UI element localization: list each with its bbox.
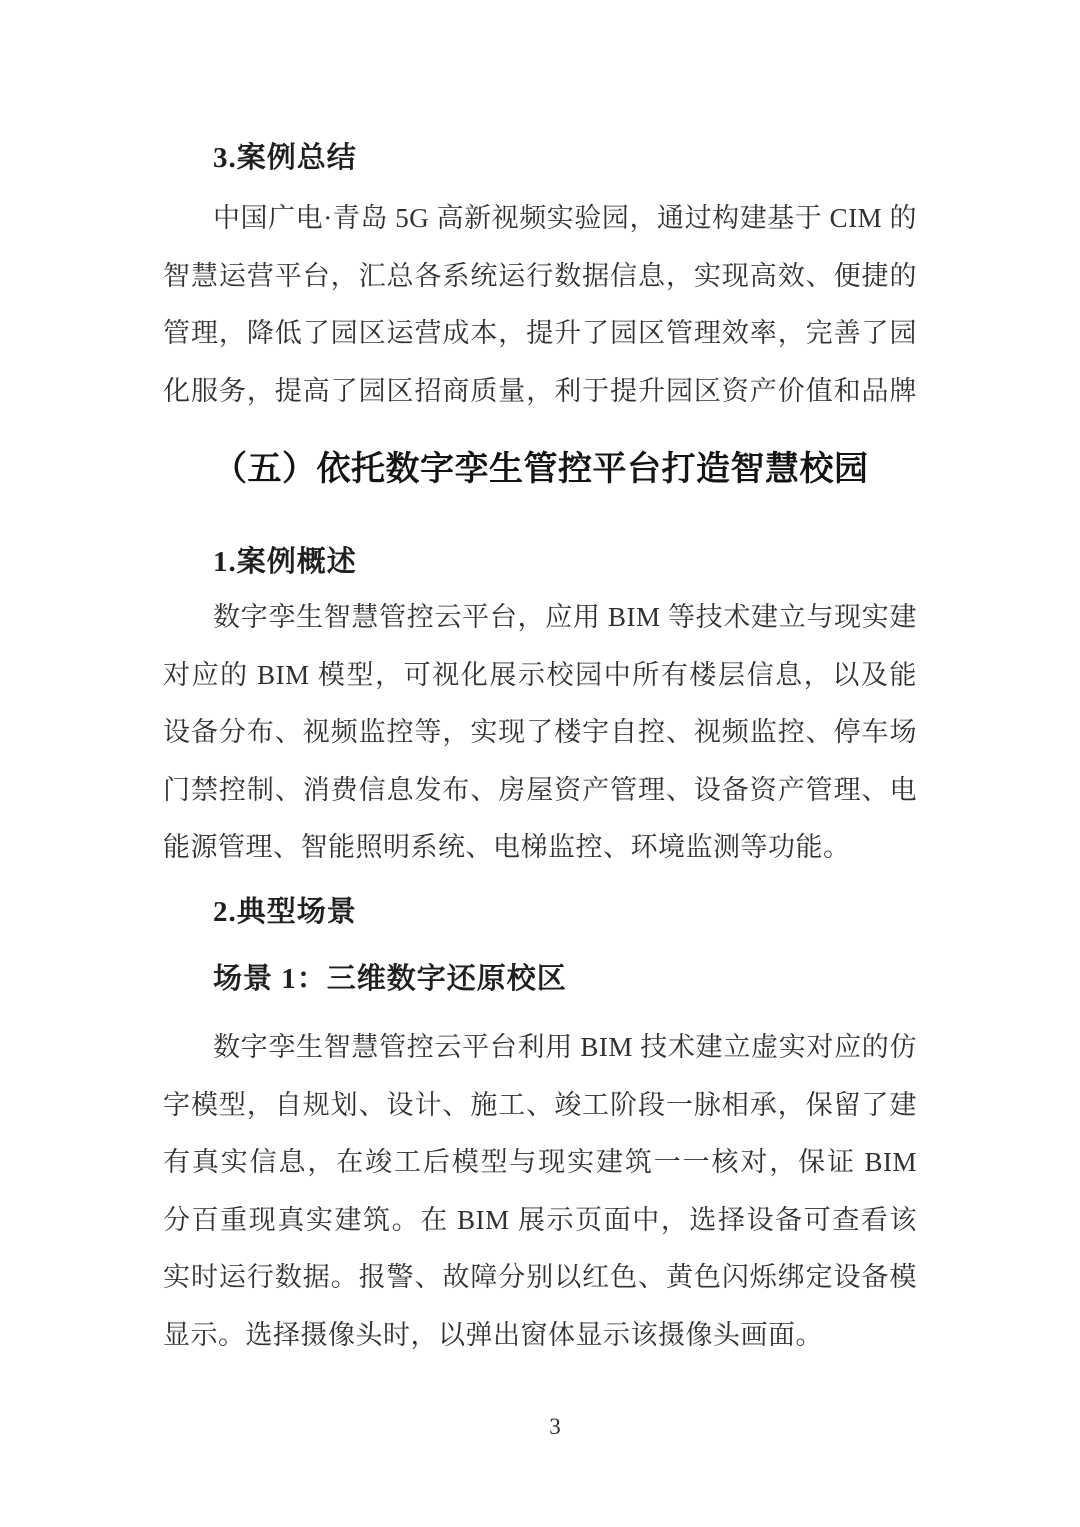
paragraph-line: 实时运行数据。报警、故障分别以红色、黄色闪烁绑定设备模型进行 bbox=[163, 1249, 917, 1307]
paragraph-line: 数字孪生智慧管控云平台，应用 BIM 等技术建立与现实建筑相 bbox=[163, 589, 917, 647]
paragraph-line: 字模型，自规划、设计、施工、竣工阶段一脉相承，保留了建筑的所 bbox=[163, 1077, 917, 1135]
subsection-heading-overview: 1.案例概述 bbox=[163, 542, 967, 582]
paragraph-line: 显示。选择摄像头时，以弹出窗体显示该摄像头画面。 bbox=[163, 1307, 917, 1365]
paragraph-line: 设备分布、视频监控等，实现了楼宇自控、视频监控、停车场管理、 bbox=[163, 704, 917, 762]
section-heading-5: （五）依托数字孪生管控平台打造智慧校园 bbox=[163, 446, 967, 492]
paragraph-overview: 数字孪生智慧管控云平台，应用 BIM 等技术建立与现实建筑相 对应的 BIM 模… bbox=[163, 589, 917, 877]
page-number: 3 bbox=[163, 1412, 947, 1442]
scene1-heading: 场景 1：三维数字还原校区 bbox=[163, 959, 967, 999]
paragraph-line: 能源管理、智能照明系统、电梯监控、环境监测等功能。 bbox=[163, 819, 917, 877]
paragraph-case-summary: 中国广电·青岛 5G 高新视频实验园，通过构建基于 CIM 的园区 智慧运营平台… bbox=[163, 190, 917, 420]
paragraph-line: 管理，降低了园区运营成本，提升了园区管理效率，完善了园区智慧 bbox=[163, 305, 917, 363]
paragraph-line: 分百重现真实建筑。在 BIM 展示页面中，选择设备可查看该设备的 bbox=[163, 1192, 917, 1250]
paragraph-line: 有真实信息，在竣工后模型与现实建筑一一核对，保证 BIM 模型百 bbox=[163, 1134, 917, 1192]
paragraph-line: 中国广电·青岛 5G 高新视频实验园，通过构建基于 CIM 的园区 bbox=[163, 190, 917, 248]
document-page: 3.案例总结 中国广电·青岛 5G 高新视频实验园，通过构建基于 CIM 的园区… bbox=[0, 0, 1080, 1527]
paragraph-line: 智慧运营平台，汇总各系统运行数据信息，实现高效、便捷的集中式 bbox=[163, 248, 917, 306]
paragraph-scene1: 数字孪生智慧管控云平台利用 BIM 技术建立虚实对应的仿真数 字模型，自规划、设… bbox=[163, 1019, 917, 1364]
subsection-heading-scenes: 2.典型场景 bbox=[163, 892, 967, 932]
subsection-heading-case-summary: 3.案例总结 bbox=[163, 138, 967, 178]
paragraph-line: 化服务，提高了园区招商质量，利于提升园区资产价值和品牌影响力。 bbox=[163, 363, 917, 421]
paragraph-line: 对应的 BIM 模型，可视化展示校园中所有楼层信息，以及能源损耗、 bbox=[163, 647, 917, 705]
paragraph-line: 数字孪生智慧管控云平台利用 BIM 技术建立虚实对应的仿真数 bbox=[163, 1019, 917, 1077]
paragraph-line: 门禁控制、消费信息发布、房屋资产管理、设备资产管理、电子巡更 bbox=[163, 762, 917, 820]
